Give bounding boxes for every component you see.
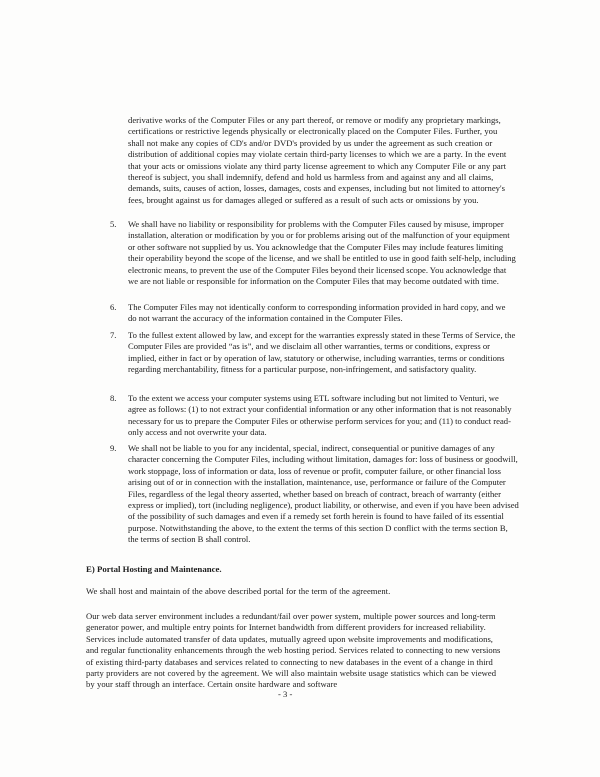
list-item-text: To the extent we access your computer sy…	[128, 393, 514, 439]
list-item-text: We shall have no liability or responsibi…	[128, 219, 518, 287]
document-page: derivative works of the Computer Files o…	[0, 0, 600, 777]
list-item-text: We shall not be liable to you for any in…	[128, 443, 520, 546]
section-e-paragraph-2: Our web data server environment includes…	[86, 611, 506, 691]
page-number: - 3 -	[278, 689, 292, 699]
list-number: 7.	[110, 330, 126, 341]
list-item-text: To the fullest extent allowed by law, an…	[128, 330, 518, 376]
section-e-heading: E) Portal Hosting and Maintenance.	[86, 564, 222, 574]
list-number: 8.	[110, 393, 126, 404]
list-number: 6.	[110, 302, 126, 313]
list-item-text: The Computer Files may not identically c…	[128, 302, 516, 325]
list-number: 9.	[110, 443, 126, 454]
section-e-paragraph-1: We shall host and maintain of the above …	[86, 586, 506, 597]
list-number: 5.	[110, 219, 126, 230]
intro-paragraph: derivative works of the Computer Files o…	[128, 115, 516, 206]
